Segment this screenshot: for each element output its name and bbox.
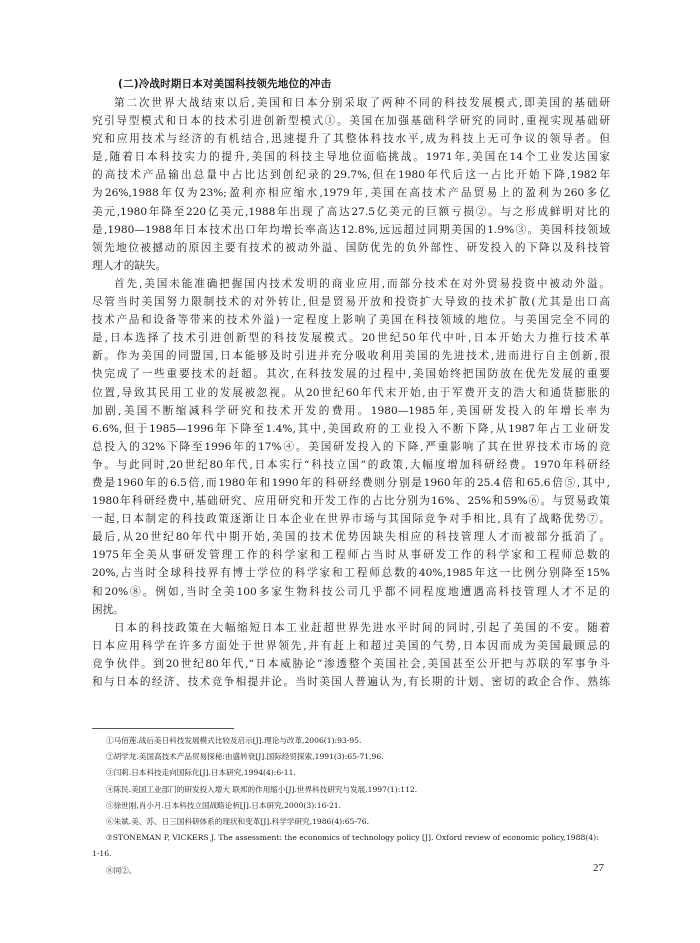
body-line: 6.6%,但于1985—1996年下降至1.4%,其中,美国政府的工业投入不断下… bbox=[92, 420, 610, 438]
body-line: 日本的科技政策在大幅缩短日本工业赶超世界先进水平时间的同时,引起了美国的不安。随… bbox=[92, 619, 610, 637]
footnote-divider bbox=[92, 728, 234, 729]
body-line: 是,随着日本科技实力的提升,美国的科技主导地位面临挑战。1971年,美国在14个… bbox=[92, 148, 610, 166]
footnote: ⑦STONEMAN P, VICKERS J. The assessment: … bbox=[92, 830, 610, 846]
body-line: 新。作为美国的同盟国,日本能够及时引进并充分吸收利用美国的先进技术,进而进行自主… bbox=[92, 347, 610, 365]
body-line: 1980年科研经费中,基础研究、应用研究和开发工作的占比分别为16%、25%和5… bbox=[92, 492, 610, 510]
body-text: 第二次世界大战结束以后,美国和日本分别采取了两种不同的科技发展模式,即美国的基础… bbox=[92, 94, 610, 691]
body-line: 首先,美国未能准确把握国内技术发明的商业应用,而部分技术在对外贸易投资中被动外溢… bbox=[92, 275, 610, 293]
body-line: 领先地位被撼动的原因主要有技术的被动外溢、国防优先的负外部性、研发投入的下降以及… bbox=[92, 239, 610, 257]
body-line: 的高技术产品输出总量中占比达到创纪录的29.7%,但在1980年代后这一占比开始… bbox=[92, 166, 610, 184]
body-line: 竞争伙伴。到20世纪80年代,“日本威胁论”渗透整个美国社会,美国甚至公开把与苏… bbox=[92, 655, 610, 673]
body-line: 位置,导致其民用工业的发展被忽视。从20世纪60年代末开始,由于军费开支的浩大和… bbox=[92, 384, 610, 402]
body-line: 和与日本的经济、技术竞争相提并论。当时美国人普遍认为,有长期的计划、密切的政企合… bbox=[92, 673, 610, 691]
body-line: 美元,1980年降至220亿美元,1988年出现了高达27.5亿美元的巨额亏损②… bbox=[92, 203, 610, 221]
body-line: 加剧,美国不断缩减科学研究和技术开发的费用。1980—1985年,美国研发投入的… bbox=[92, 402, 610, 420]
body-line: 是,1980—1988年日本技术出口年均增长率高达12.8%,远远超过同期美国的… bbox=[92, 221, 610, 239]
body-line: 一起,日本制定的科技政策逐渐让日本企业在世界市场与其国际竞争对手相比,具有了战略… bbox=[92, 510, 610, 528]
body-line: 困扰。 bbox=[92, 601, 610, 619]
body-line: 为26%,1988年仅为23%;盈利亦相应缩水,1979年,美国在高技术产品贸易… bbox=[92, 184, 610, 202]
footnote: ⑥朱斌.美、苏、日三国科研体系的现状和变革[J].科学学研究,1986(4):6… bbox=[92, 814, 610, 830]
footnotes: ①马佰莲.战后美日科技发展模式比较及启示[J].理论与改革,2006(1):93… bbox=[92, 733, 610, 879]
body-line: 1975年全美从事研发管理工作的科学家和工程师占当时从事研发工作的科学家和工程师… bbox=[92, 546, 610, 564]
footnote: ①马佰莲.战后美日科技发展模式比较及启示[J].理论与改革,2006(1):93… bbox=[92, 733, 610, 749]
body-line: 技术产品和设备等带来的技术外溢)一定程度上影响了美国在科技领域的地位。与美国完全… bbox=[92, 311, 610, 329]
body-line: 总投入的32%下降至1996年的17%④。美国研发投入的下降,严重影响了其在世界… bbox=[92, 438, 610, 456]
body-line: 理人才的缺失。 bbox=[92, 257, 610, 275]
body-line: 究引导型模式和日本的技术引进创新型模式①。美国在加强基础科学研究的同时,重视实现… bbox=[92, 112, 610, 130]
body-line: 费是1960年的6.5倍,而1980年和1990年的科研经费则分别是1960年的… bbox=[92, 474, 610, 492]
body-line: 日本应用科学在许多方面处于世界领先,并有赶上和超过美国的气势,日本因而成为美国最… bbox=[92, 637, 610, 655]
body-line: 最后,从20世纪80年代中期开始,美国的技术优势因缺失相应的科技管理人才而被部分… bbox=[92, 528, 610, 546]
footnote: ③闫莉.日本科技走向国际化[J].日本研究,1994(4):6-11. bbox=[92, 765, 610, 781]
body-line: 争。与此同时,20世纪80年代,日本实行“科技立国”的政策,大幅度增加科研经费。… bbox=[92, 456, 610, 474]
body-line: 第二次世界大战结束以后,美国和日本分别采取了两种不同的科技发展模式,即美国的基础… bbox=[92, 94, 610, 112]
body-line: 快完成了一些重要技术的赶超。其次,在科技发展的过程中,美国始终把国防放在优先发展… bbox=[92, 365, 610, 383]
body-line: 和20%⑧。例如,当时全美100多家生物科技公司几乎都不同程度地遭遇高科技管理人… bbox=[92, 583, 610, 601]
footnote: ④陈民.美国工业部门的研发投入增大 联邦的作用缩小[J].世界科技研究与发展,1… bbox=[92, 782, 610, 798]
body-line: 20%,占当时全球科技界有博士学位的科学家和工程师总数的40%,1985年这一比… bbox=[92, 564, 610, 582]
page-number: 27 bbox=[593, 862, 604, 874]
body-line: 尽管当时美国努力限制技术的对外转让,但是贸易开放和投资扩大导致的技术扩散(尤其是… bbox=[92, 293, 610, 311]
footnote: ⑧同②。 bbox=[92, 863, 610, 879]
footnote: ②胡学龙.美国高技术产品贸易探秘:由盛转衰[J].国际经贸探索,1991(3):… bbox=[92, 749, 610, 765]
section-heading: (二)冷战时期日本对美国科技领先地位的冲击 bbox=[118, 76, 331, 91]
footnote: 1-16. bbox=[92, 846, 610, 862]
body-line: 究和应用技术与经济的有机结合,迅速提升了其整体科技水平,成为科技上无可争议的领导… bbox=[92, 130, 610, 148]
footnote: ⑤徐世刚,肖小月.日本科技立国战略论析[J].日本研究,2000(3):16-2… bbox=[92, 798, 610, 814]
body-line: 是,日本选择了技术引进创新型的科技发展模式。20世纪50年代中叶,日本开始大力推… bbox=[92, 329, 610, 347]
